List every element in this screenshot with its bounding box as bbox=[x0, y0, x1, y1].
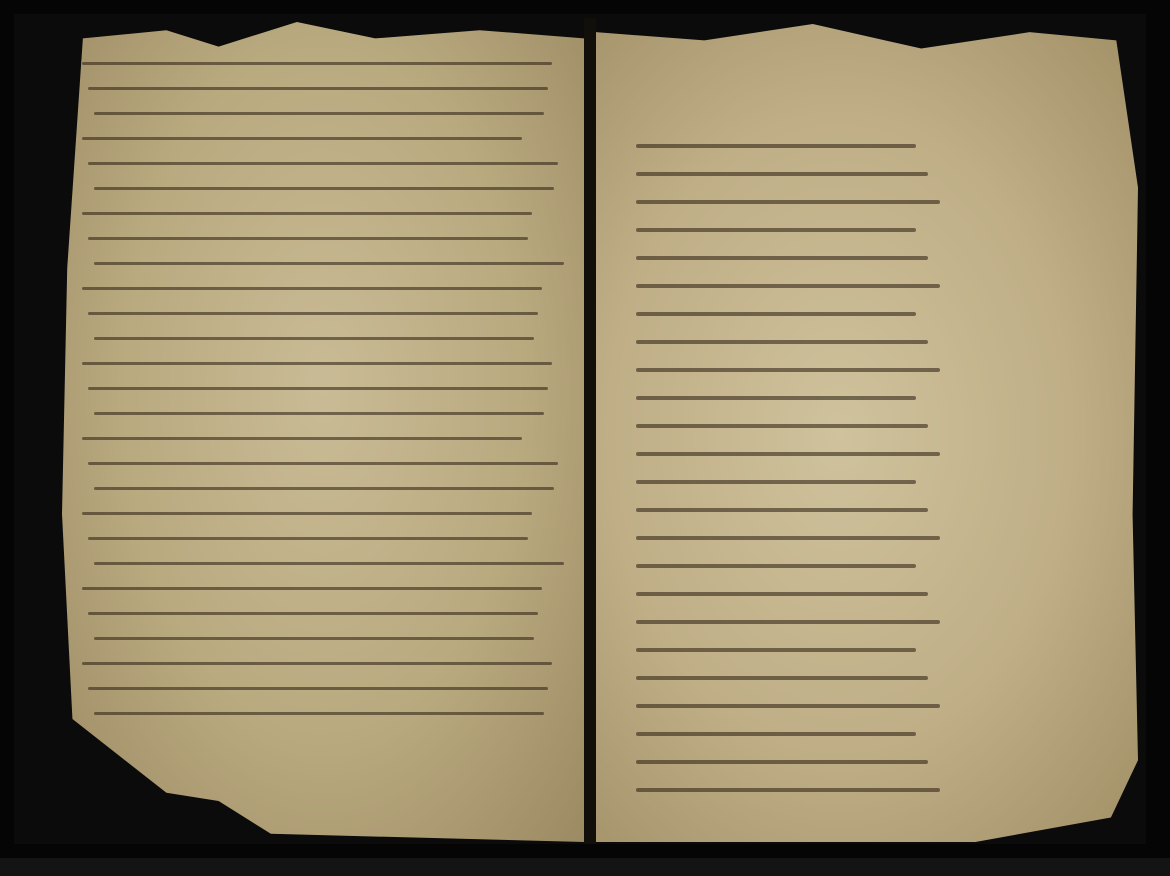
text-line bbox=[636, 396, 916, 400]
text-line bbox=[636, 760, 928, 764]
text-line bbox=[88, 462, 558, 465]
text-line bbox=[82, 437, 522, 440]
manuscript-left-page bbox=[62, 22, 584, 842]
text-line bbox=[88, 162, 558, 165]
text-line bbox=[94, 337, 534, 340]
text-line bbox=[94, 562, 564, 565]
text-line bbox=[82, 212, 532, 215]
text-line bbox=[636, 312, 916, 316]
text-line bbox=[88, 687, 548, 690]
text-line bbox=[94, 637, 534, 640]
text-line bbox=[636, 704, 940, 708]
text-line bbox=[88, 387, 548, 390]
text-line bbox=[636, 732, 916, 736]
bottom-strip bbox=[0, 858, 1170, 876]
text-line bbox=[82, 137, 522, 140]
text-line bbox=[636, 592, 928, 596]
text-line bbox=[636, 508, 928, 512]
text-line bbox=[636, 676, 928, 680]
text-line bbox=[636, 340, 928, 344]
text-line bbox=[636, 284, 940, 288]
text-line bbox=[82, 662, 552, 665]
text-line bbox=[82, 287, 542, 290]
text-line bbox=[94, 487, 554, 490]
text-line bbox=[94, 187, 554, 190]
text-line bbox=[636, 536, 940, 540]
text-line bbox=[88, 612, 538, 615]
text-line bbox=[82, 587, 542, 590]
text-line bbox=[636, 368, 940, 372]
text-line bbox=[636, 228, 916, 232]
text-line bbox=[636, 788, 940, 792]
text-line bbox=[636, 648, 916, 652]
text-line bbox=[88, 312, 538, 315]
text-line bbox=[94, 112, 544, 115]
text-line bbox=[88, 537, 528, 540]
text-line bbox=[636, 144, 916, 148]
book-gutter bbox=[584, 18, 596, 844]
text-line bbox=[636, 424, 928, 428]
text-line bbox=[636, 452, 940, 456]
text-line bbox=[82, 62, 552, 65]
text-line bbox=[94, 412, 544, 415]
text-line bbox=[636, 256, 928, 260]
text-line bbox=[636, 200, 940, 204]
text-line bbox=[82, 512, 532, 515]
text-line bbox=[88, 237, 528, 240]
text-line bbox=[636, 480, 916, 484]
text-line bbox=[636, 172, 928, 176]
text-line bbox=[636, 564, 916, 568]
manuscript-right-page bbox=[596, 24, 1138, 842]
text-line bbox=[94, 712, 544, 715]
text-line bbox=[88, 87, 548, 90]
text-line bbox=[636, 620, 940, 624]
text-line bbox=[82, 362, 552, 365]
text-line bbox=[94, 262, 564, 265]
